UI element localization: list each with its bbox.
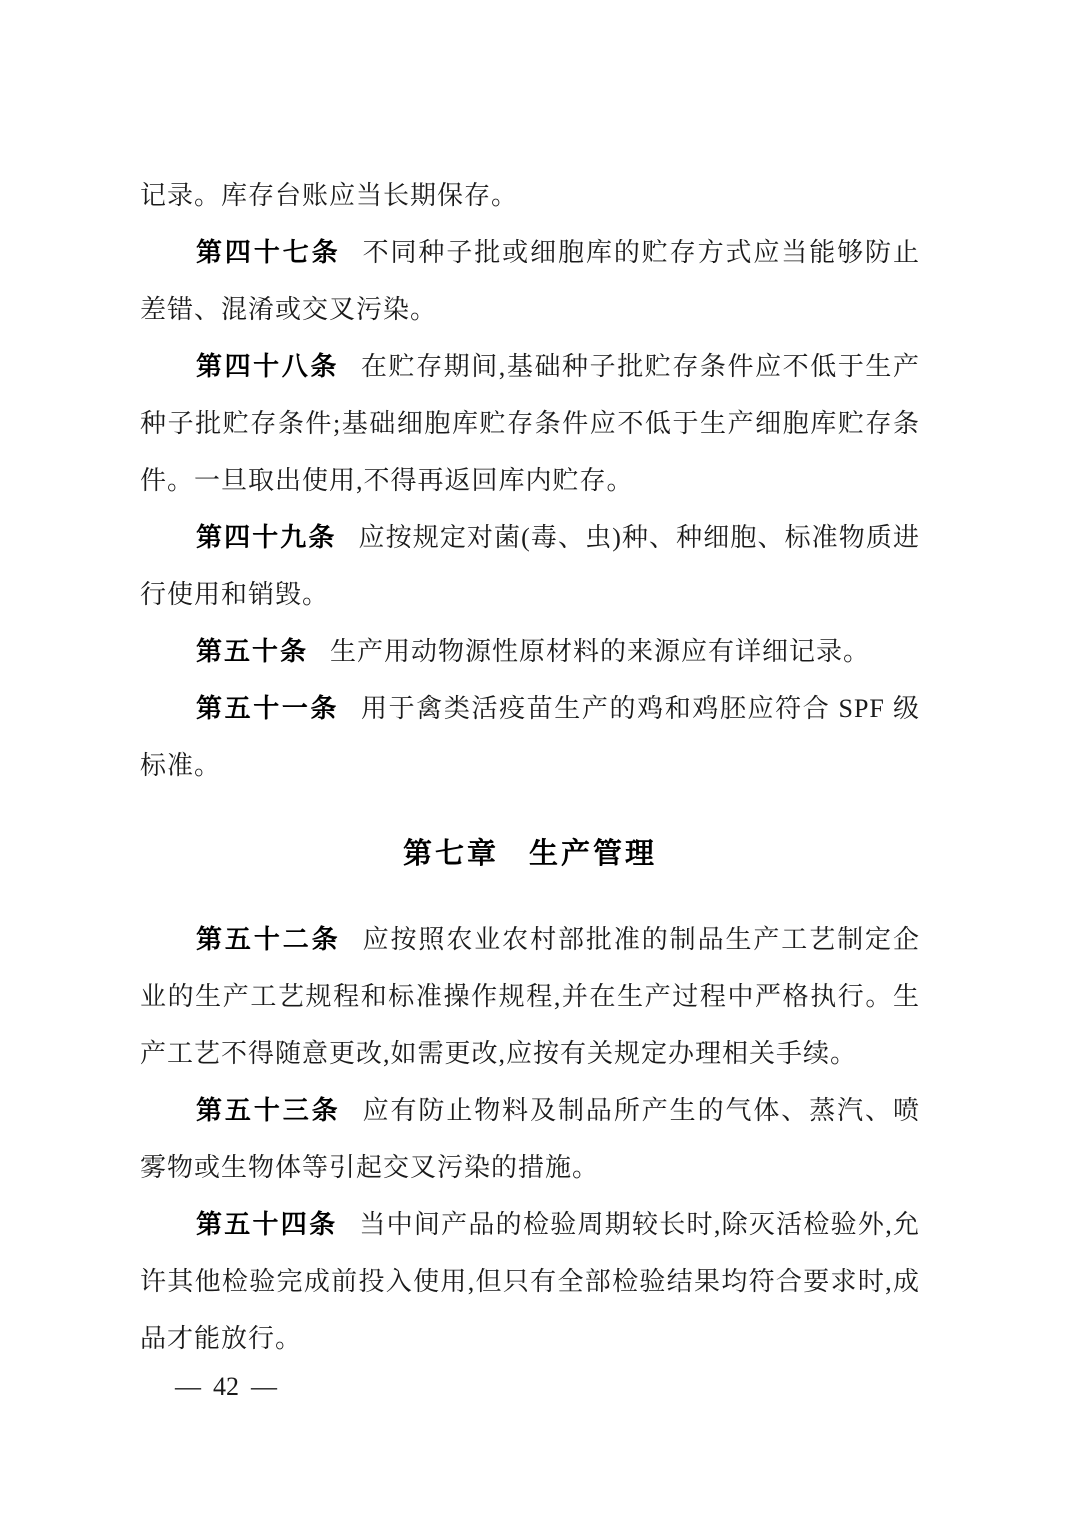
article-54: 第五十四条当中间产品的检验周期较长时,除灭活检验外,允许其他检验完成前投入使用,… <box>140 1196 920 1367</box>
footer-dash-right: — <box>251 1372 277 1402</box>
article-53: 第五十三条应有防止物料及制品所产生的气体、蒸汽、喷雾物或生物体等引起交叉污染的措… <box>140 1082 920 1196</box>
article-48-label: 第四十八条 <box>196 351 339 381</box>
paragraph-continuation: 记录。库存台账应当长期保存。 <box>140 167 920 224</box>
chapter-7-heading: 第七章生产管理 <box>140 826 920 883</box>
article-54-label: 第五十四条 <box>196 1209 337 1239</box>
document-body: 记录。库存台账应当长期保存。 第四十七条不同种子批或细胞库的贮存方式应当能够防止… <box>140 167 920 1367</box>
page-number: 42 <box>213 1372 239 1402</box>
article-50-label: 第五十条 <box>196 636 308 666</box>
article-49: 第四十九条应按规定对菌(毒、虫)种、种细胞、标准物质进行使用和销毁。 <box>140 509 920 623</box>
article-49-label: 第四十九条 <box>196 522 337 552</box>
article-52-label: 第五十二条 <box>196 924 341 954</box>
page-footer: — 42 — <box>163 1372 289 1402</box>
article-48: 第四十八条在贮存期间,基础种子批贮存条件应不低于生产种子批贮存条件;基础细胞库贮… <box>140 338 920 509</box>
chapter-number: 第七章 <box>403 838 499 870</box>
footer-dash-left: — <box>175 1372 201 1402</box>
article-51: 第五十一条用于禽类活疫苗生产的鸡和鸡胚应符合 SPF 级标准。 <box>140 680 920 794</box>
article-47-label: 第四十七条 <box>196 237 341 267</box>
document-page: 记录。库存台账应当长期保存。 第四十七条不同种子批或细胞库的贮存方式应当能够防止… <box>0 0 1080 1527</box>
article-50: 第五十条生产用动物源性原材料的来源应有详细记录。 <box>140 623 920 680</box>
article-50-text: 生产用动物源性原材料的来源应有详细记录。 <box>330 637 870 666</box>
chapter-title: 生产管理 <box>529 838 657 870</box>
article-51-label: 第五十一条 <box>196 693 339 723</box>
article-47: 第四十七条不同种子批或细胞库的贮存方式应当能够防止差错、混淆或交叉污染。 <box>140 224 920 338</box>
article-52: 第五十二条应按照农业农村部批准的制品生产工艺制定企业的生产工艺规程和标准操作规程… <box>140 911 920 1082</box>
article-53-label: 第五十三条 <box>196 1095 341 1125</box>
